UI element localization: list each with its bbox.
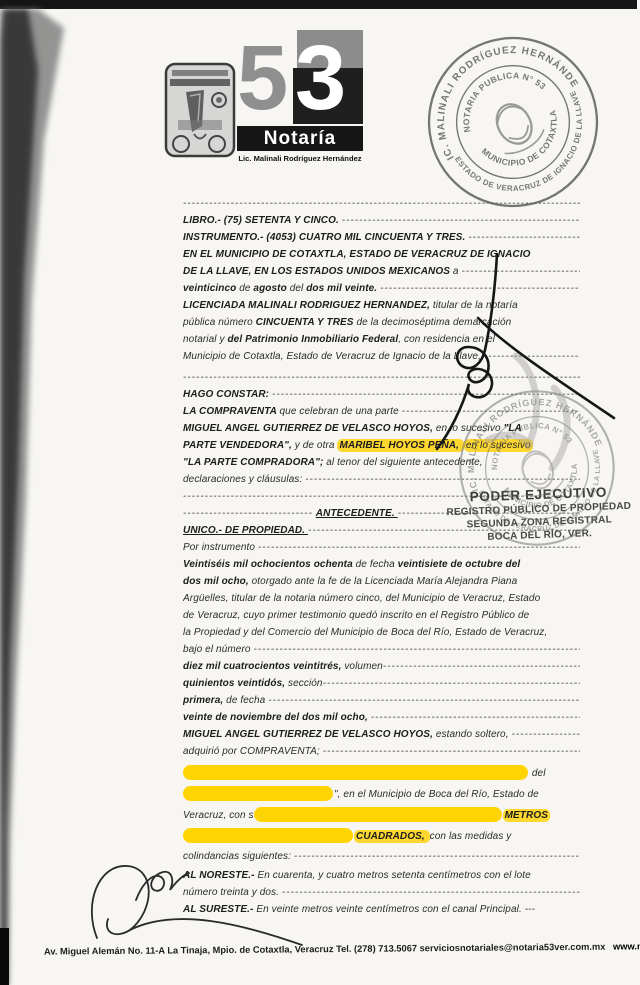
doc-text: veinte de noviembre del dos mil ocho,	[183, 712, 371, 723]
doc-text: Municipio de Cotaxtla, Estado de Veracru…	[183, 351, 484, 362]
doc-text: veinticinco	[183, 283, 239, 294]
doc-text: agosto	[253, 283, 289, 294]
notaria-53-logo: 5 3 Notaría Lic. Malinali Rodríguez Hern…	[237, 30, 363, 162]
highlight-redaction	[254, 807, 502, 822]
doc-line: quinientos veintidós, sección-----------…	[183, 675, 580, 692]
dash-filler: ----------------------------------------…	[294, 851, 580, 862]
dash-filler: ----------------------------------------…	[380, 283, 580, 294]
doc-text: en lo sucesivo	[436, 423, 504, 434]
seal-inner-top-text: NOTARIA PUBLICA N° 53	[444, 52, 549, 136]
footer-website: www.notaria53ver.com.mx	[613, 941, 640, 952]
doc-line: bajo el número -------------------------…	[183, 641, 580, 658]
dash-filler: ------------------------------	[183, 508, 313, 519]
seal-eagle-icon	[484, 95, 548, 160]
dash-filler: ----------------------------------------…	[258, 542, 580, 553]
doc-text: INSTRUMENTO.- (4053) CUATRO MIL CINCUENT…	[183, 232, 468, 243]
doc-text: diez mil cuatrocientos veintitrés,	[183, 661, 344, 672]
doc-line: veinticinco de agosto del dos mil veinte…	[183, 280, 580, 297]
doc-text: PARTE VENDEDORA",	[183, 440, 295, 451]
doc-line: AL SURESTE.- En veinte metros veinte cen…	[183, 901, 580, 918]
doc-text: de Veracruz, cuyo primer testimonio qued…	[183, 610, 529, 621]
doc-text: AL NORESTE.-	[183, 870, 257, 881]
dash-filler: ----------------------------------------…	[342, 215, 580, 226]
highlight-redaction	[183, 786, 333, 801]
doc-line: Argüelles, titular de la notaria número …	[183, 590, 580, 607]
doc-text: En veinte metros veinte centímetros con …	[256, 904, 535, 915]
dash-filler: ----------------------------------------…	[305, 474, 580, 485]
doc-line: LICENCIADA MALINALI RODRIGUEZ HERNANDEZ,…	[183, 297, 580, 314]
doc-text: Veintiséis mil ochocientos ochenta	[183, 559, 356, 570]
doc-line: número treinta y dos. ------------------…	[183, 884, 580, 901]
doc-text: titular de la notaría	[433, 300, 518, 311]
doc-text: ", en el Municipio de Boca del Río, Esta…	[334, 789, 539, 800]
doc-text: LIBRO.- (75) SETENTA Y CINCO.	[183, 215, 342, 226]
doc-text: y de otra	[295, 440, 338, 451]
doc-line: colindancias siguientes: ---------------…	[183, 848, 580, 865]
doc-text: CINCUENTA Y TRES	[256, 317, 357, 328]
doc-text: LA COMPRAVENTA	[183, 406, 280, 417]
svg-text:MUNICIPIO DE COTAXTLA: MUNICIPIO DE COTAXTLA	[478, 106, 574, 184]
dash-filler: ----------------------------------------…	[461, 266, 580, 277]
doc-text: En cuarenta, y cuatro metros setenta cen…	[257, 870, 530, 881]
footer-address: Av. Miguel Alemán No. 11-A La Tinaja, Mp…	[44, 942, 605, 957]
scan-top-edge	[0, 0, 637, 9]
logo-word-notaria: Notaría	[237, 126, 363, 151]
dash-filler: ----------------------------------------…	[272, 389, 580, 400]
dash-filler: ----------------------------------------…	[282, 887, 580, 898]
dash-filler: ----------------------------------------…	[511, 729, 580, 740]
doc-line: dos mil ocho, otorgado ante la fe de la …	[183, 573, 580, 590]
dash-filler: ----------------------------------------…	[468, 232, 580, 243]
doc-text: quinientos veintidós,	[183, 678, 288, 689]
dash-filler: ----------------------------------------…	[484, 351, 580, 362]
doc-line: CUADRADOS, con las medidas y	[183, 828, 580, 845]
doc-text: DE LA LLAVE, EN LOS ESTADOS UNIDOS MEXIC…	[183, 266, 453, 277]
doc-line: MIGUEL ANGEL GUTIERREZ DE VELASCO HOYOS,…	[183, 726, 580, 743]
doc-text: con las medidas y	[430, 831, 512, 842]
doc-line: diez mil cuatrocientos veintitrés, volum…	[183, 658, 580, 675]
doc-line: ----------------------------------------…	[183, 195, 580, 212]
doc-text: "LA	[504, 423, 522, 434]
doc-text: al tenor del siguiente antecedente,	[326, 457, 482, 468]
doc-text: UNICO.- DE PROPIEDAD.	[183, 525, 308, 536]
doc-text: LICENCIADA MALINALI RODRIGUEZ HERNANDEZ,	[183, 300, 433, 311]
doc-text: del Patrimonio Inmobiliario Federal	[227, 334, 398, 345]
doc-line: INSTRUMENTO.- (4053) CUATRO MIL CINCUENT…	[183, 229, 580, 246]
doc-text: sección	[288, 678, 323, 689]
doc-text: declaraciones y cláusulas:	[183, 474, 305, 485]
doc-text: de la decimoséptima demarcación	[356, 317, 511, 328]
highlight-redaction	[183, 765, 528, 780]
dash-filler: ----------------------------------------…	[323, 678, 580, 689]
doc-text: MARIBEL HOYOS PEÑA,	[337, 439, 463, 452]
dash-filler: ----------------------------------------…	[323, 746, 580, 757]
doc-text: estando soltero,	[436, 729, 512, 740]
doc-line: MIGUEL ANGEL GUTIERREZ DE VELASCO HOYOS,…	[183, 420, 580, 437]
logo-digit-5: 5	[237, 32, 288, 124]
doc-line: AL NORESTE.- En cuarenta, y cuatro metro…	[183, 867, 580, 884]
doc-text: EN EL MUNICIPIO DE COTAXTLA, ESTADO DE V…	[183, 249, 530, 260]
doc-line: notarial y del Patrimonio Inmobiliario F…	[183, 331, 580, 348]
doc-line: PARTE VENDEDORA", y de otra MARIBEL HOYO…	[183, 437, 580, 454]
doc-line: de Veracruz, cuyo primer testimonio qued…	[183, 607, 580, 624]
doc-text: MIGUEL ANGEL GUTIERREZ DE VELASCO HOYOS,	[183, 729, 436, 740]
doc-text: Por instrumento	[183, 542, 258, 553]
dash-filler: ----------------------------------------…	[183, 198, 580, 209]
doc-line: ----------------------------------------…	[183, 369, 580, 386]
doc-line: declaraciones y cláusulas: -------------…	[183, 471, 580, 488]
dash-filler: ----------------------------------------…	[253, 644, 580, 655]
doc-line: DE LA LLAVE, EN LOS ESTADOS UNIDOS MEXIC…	[183, 263, 580, 280]
doc-line: "LA PARTE COMPRADORA"; al tenor del sigu…	[183, 454, 580, 471]
doc-line: ", en el Municipio de Boca del Río, Esta…	[183, 786, 580, 803]
doc-text: "LA PARTE COMPRADORA";	[183, 457, 326, 468]
doc-text: adquirió por COMPRAVENTA;	[183, 746, 323, 757]
doc-text: bajo el número	[183, 644, 253, 655]
doc-text: METROS	[503, 809, 550, 822]
dash-filler: ----------------------------------------…	[402, 406, 580, 417]
doc-text: dos mil veinte.	[306, 283, 380, 294]
seal-outer-top-text: LIC. MALINALI RODRÍGUEZ HERNÁNDEZ	[408, 17, 581, 163]
footer-contact-line: Av. Miguel Alemán No. 11-A La Tinaja, Mp…	[44, 941, 634, 956]
dash-filler: ----------------------------------------…	[371, 712, 580, 723]
doc-text: HAGO CONSTAR:	[183, 389, 272, 400]
doc-line: Veracruz, con sMETROS	[183, 807, 580, 824]
document-lines: ----------------------------------------…	[183, 195, 580, 918]
doc-text: veintisiete de octubre del	[398, 559, 521, 570]
doc-line: del	[183, 765, 580, 782]
doc-line: pública número CINCUENTA Y TRES de la de…	[183, 314, 580, 331]
svg-text:NOTARIA PUBLICA N° 53: NOTARIA PUBLICA N° 53	[444, 52, 549, 136]
scan-left-fold	[0, 9, 64, 985]
doc-text: pública número	[183, 317, 256, 328]
logo-digit-3: 3	[295, 32, 346, 124]
doc-line: Veintiséis mil ochocientos ochenta de fe…	[183, 556, 580, 573]
doc-line: la Propiedad y del Comercio del Municipi…	[183, 624, 580, 641]
doc-text: , con residencia en el	[398, 334, 495, 345]
doc-line: adquirió por COMPRAVENTA; --------------…	[183, 743, 580, 760]
doc-text: de fecha	[356, 559, 398, 570]
doc-text: colindancias siguientes:	[183, 851, 294, 862]
logo-subtitle: Lic. Malinali Rodríguez Hernández	[233, 154, 367, 163]
doc-text: primera,	[183, 695, 226, 706]
doc-line: LIBRO.- (75) SETENTA Y CINCO. ----------…	[183, 212, 580, 229]
doc-text: dos mil ocho,	[183, 576, 252, 587]
doc-text: del	[290, 283, 307, 294]
doc-text: MIGUEL ANGEL GUTIERREZ DE VELASCO HOYOS,	[183, 423, 436, 434]
doc-text: en lo sucesivo	[464, 439, 533, 452]
doc-text: Veracruz, con s	[183, 810, 254, 821]
doc-text: que celebran de una parte	[280, 406, 402, 417]
doc-text: notarial y	[183, 334, 227, 345]
dash-filler: ----------------------------------------…	[183, 372, 580, 383]
scanned-notarial-deed-page: { "header": { "logo": { "digit_5": "5", …	[0, 0, 640, 985]
dash-filler: ----------------------------------------…	[268, 695, 580, 706]
doc-text: volumen	[344, 661, 383, 672]
doc-text: la Propiedad y del Comercio del Municipi…	[183, 627, 547, 638]
doc-line: HAGO CONSTAR: --------------------------…	[183, 386, 580, 403]
doc-line: EN EL MUNICIPIO DE COTAXTLA, ESTADO DE V…	[183, 246, 580, 263]
doc-line: primera, de fecha ----------------------…	[183, 692, 580, 709]
doc-text: CUADRADOS,	[354, 830, 430, 843]
doc-text: AL SURESTE.-	[183, 904, 256, 915]
doc-text: de	[239, 283, 253, 294]
doc-text: otorgado ante la fe de la Licenciada Mar…	[252, 576, 518, 587]
seal-inner-bottom-text: MUNICIPIO DE COTAXTLA	[478, 106, 574, 184]
doc-line: veinte de noviembre del dos mil ocho, --…	[183, 709, 580, 726]
doc-text: Argüelles, titular de la notaria número …	[183, 593, 540, 604]
doc-line: Municipio de Cotaxtla, Estado de Veracru…	[183, 348, 580, 365]
doc-line: LA COMPRAVENTA que celebran de una parte…	[183, 403, 580, 420]
dash-filler: ----------------------------------------…	[383, 661, 580, 672]
doc-text: del	[529, 768, 546, 779]
svg-text:LIC. MALINALI RODRÍGUEZ HERNÁN: LIC. MALINALI RODRÍGUEZ HERNÁNDEZ	[408, 17, 581, 163]
doc-text: ANTECEDENTE.	[316, 508, 398, 519]
doc-text: de fecha	[226, 695, 268, 706]
highlight-redaction	[183, 828, 353, 843]
registry-stamp: PODER EJECUTIVOREGISTRO PÚBLICO DE PROPI…	[435, 482, 640, 545]
doc-text: número treinta y dos.	[183, 887, 282, 898]
credential-emblem	[164, 62, 236, 163]
